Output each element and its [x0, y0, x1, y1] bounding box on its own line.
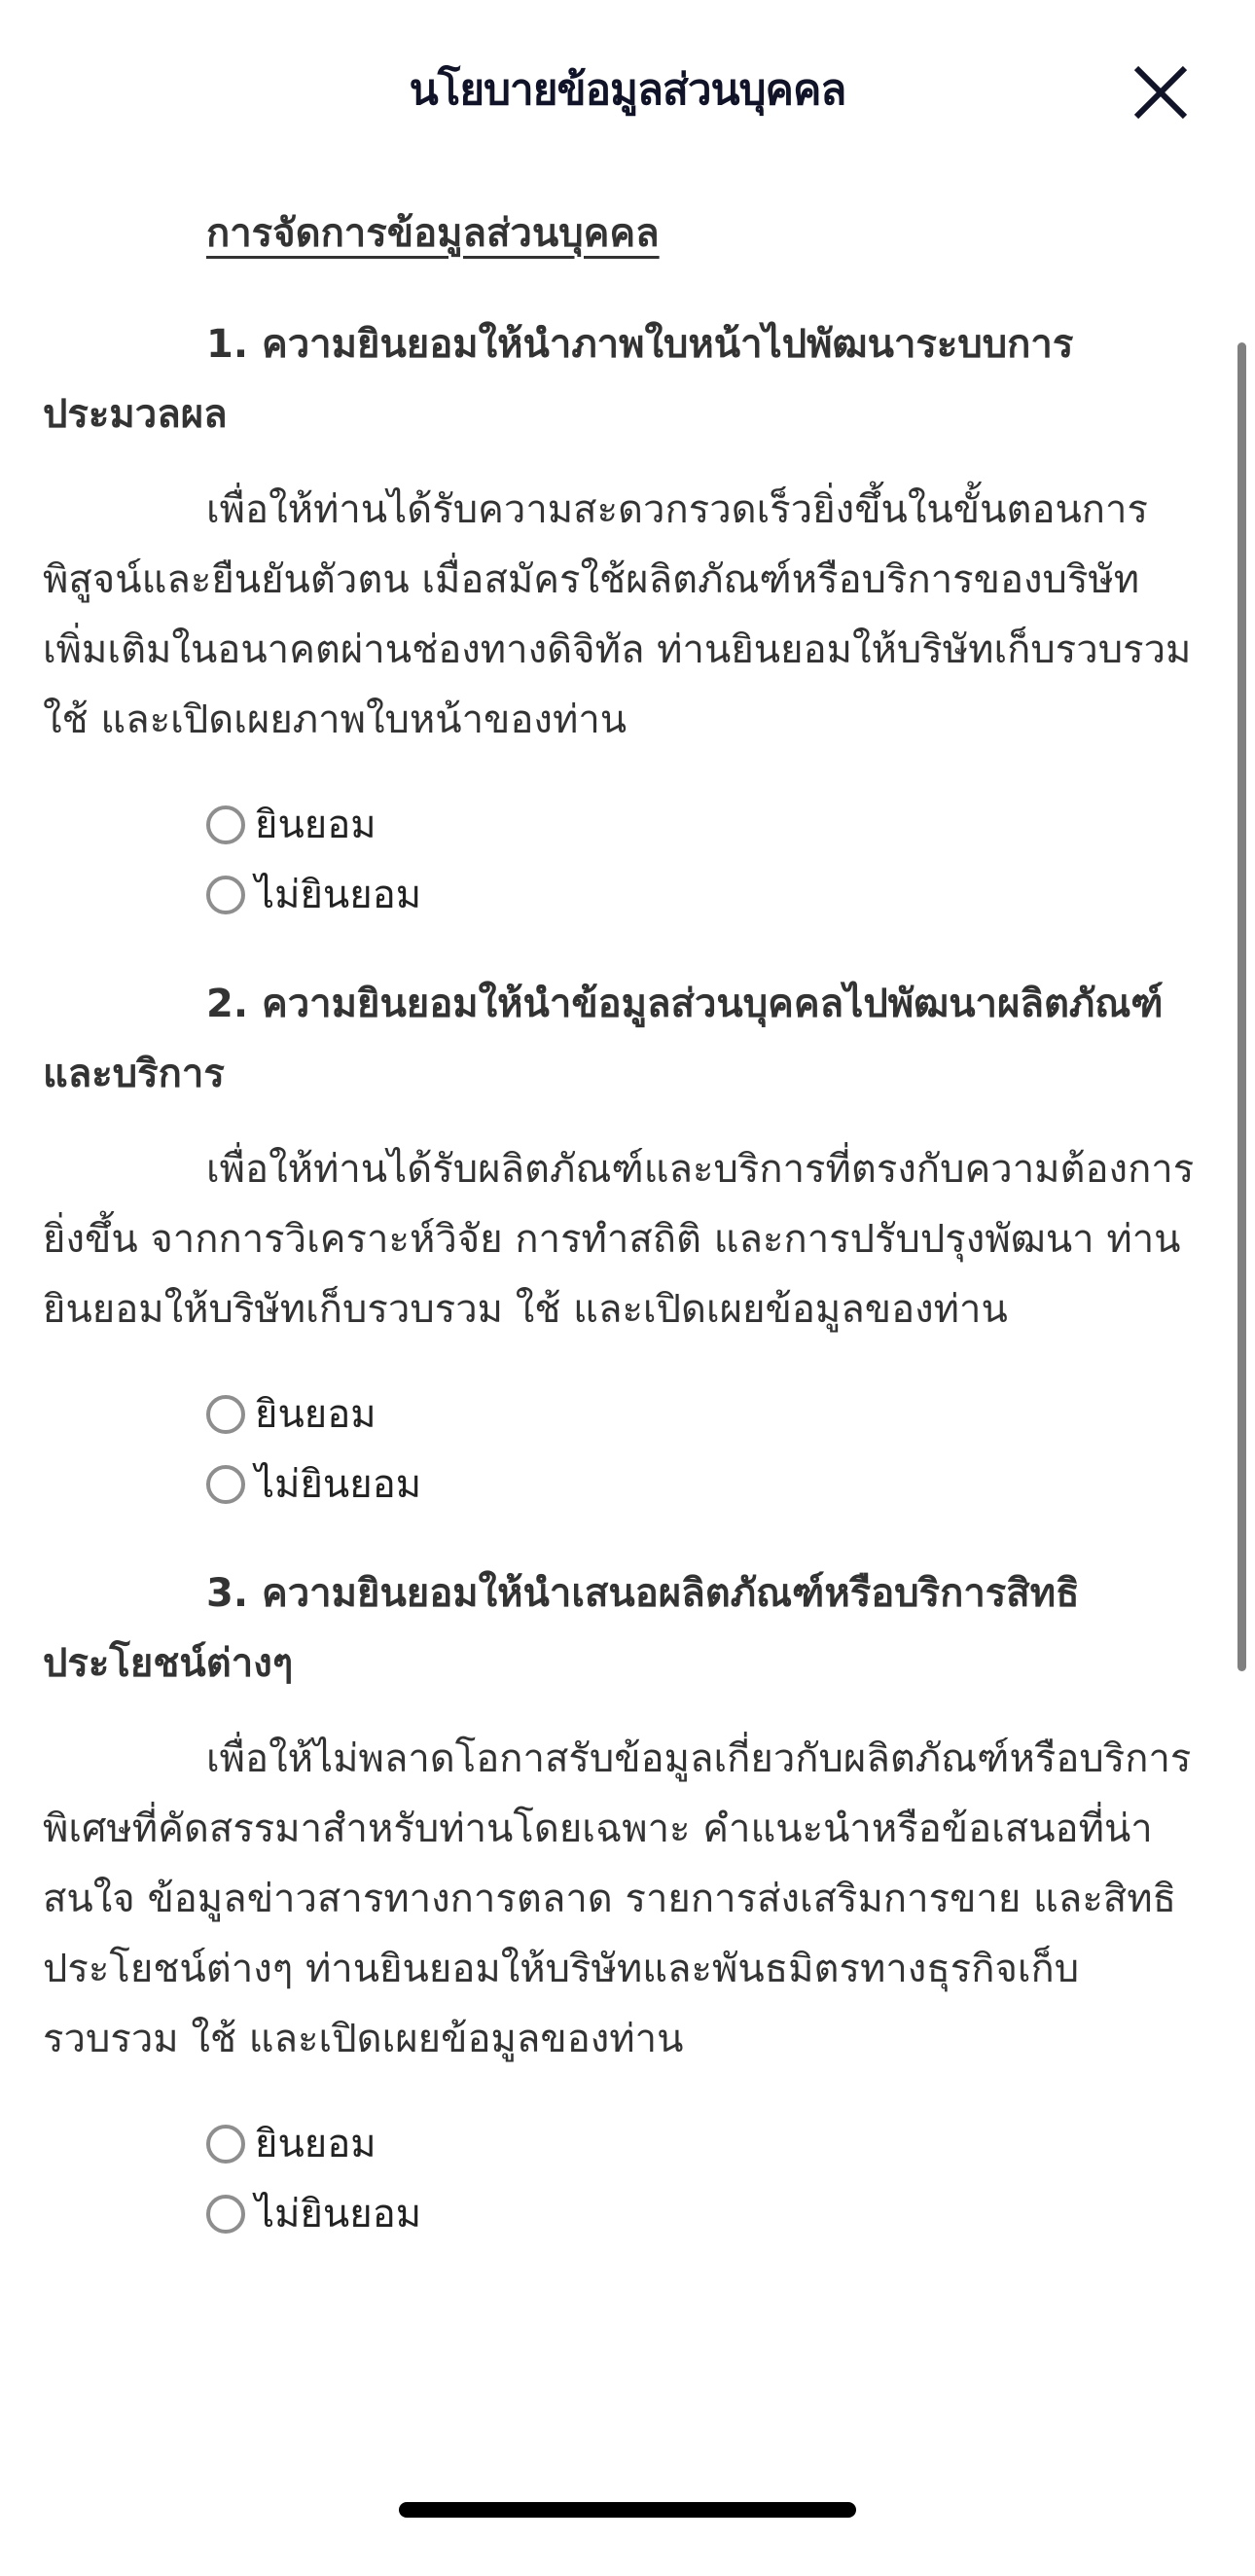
consent-description: เพื่อให้ท่านได้รับผลิตภัณฑ์และบริการที่ต…: [43, 1134, 1201, 1344]
consent-title: 3. ความยินยอมให้นำเสนอผลิตภัณฑ์หรือบริกา…: [43, 1558, 1201, 1699]
radio-label: ไม่ยินยอม: [255, 1449, 421, 1520]
radio-option-not-consent[interactable]: ไม่ยินยอม: [206, 860, 1201, 930]
consent-title: 2. ความยินยอมให้นำข้อมูลส่วนบุคคลไปพัฒนา…: [43, 969, 1201, 1109]
radio-button-icon[interactable]: [206, 1395, 245, 1434]
close-icon: [1129, 60, 1193, 125]
consent-radio-group: ยินยอม ไม่ยินยอม: [43, 1379, 1201, 1520]
radio-label: ไม่ยินยอม: [255, 860, 421, 930]
radio-label: ยินยอม: [255, 1379, 376, 1449]
home-indicator[interactable]: [399, 2502, 856, 2518]
consent-description: เพื่อให้ท่านได้รับความสะดวกรวดเร็วยิ่งขึ…: [43, 475, 1201, 755]
radio-button-icon[interactable]: [206, 2195, 245, 2234]
page-title: นโยบายข้อมูลส่วนบุคคล: [0, 56, 1255, 125]
consent-description: เพื่อให้ไม่พลาดโอกาสรับข้อมูลเกี่ยวกับผล…: [43, 1724, 1201, 2074]
radio-button-icon[interactable]: [206, 876, 245, 914]
close-button[interactable]: [1129, 60, 1193, 125]
policy-content: การจัดการข้อมูลส่วนบุคคล 1. ความยินยอมให…: [43, 195, 1201, 2288]
consent-item-1: 1. ความยินยอมให้นำภาพใบหน้าไปพัฒนาระบบกา…: [43, 309, 1201, 930]
radio-option-consent[interactable]: ยินยอม: [206, 790, 1201, 860]
vertical-scrollbar[interactable]: [1237, 342, 1246, 1671]
consent-item-2: 2. ความยินยอมให้นำข้อมูลส่วนบุคคลไปพัฒนา…: [43, 969, 1201, 1520]
radio-button-icon[interactable]: [206, 1465, 245, 1504]
radio-label: ไม่ยินยอม: [255, 2179, 421, 2249]
radio-button-icon[interactable]: [206, 805, 245, 844]
radio-label: ยินยอม: [255, 2109, 376, 2179]
radio-button-icon[interactable]: [206, 2125, 245, 2164]
section-heading: การจัดการข้อมูลส่วนบุคคล: [43, 195, 1201, 272]
consent-item-3: 3. ความยินยอมให้นำเสนอผลิตภัณฑ์หรือบริกา…: [43, 1558, 1201, 2249]
radio-label: ยินยอม: [255, 790, 376, 860]
consent-radio-group: ยินยอม ไม่ยินยอม: [43, 790, 1201, 930]
modal-header: นโยบายข้อมูลส่วนบุคคล: [0, 0, 1255, 185]
radio-option-not-consent[interactable]: ไม่ยินยอม: [206, 1449, 1201, 1520]
consent-title: 1. ความยินยอมให้นำภาพใบหน้าไปพัฒนาระบบกา…: [43, 309, 1201, 449]
radio-option-not-consent[interactable]: ไม่ยินยอม: [206, 2179, 1201, 2249]
consent-radio-group: ยินยอม ไม่ยินยอม: [43, 2109, 1201, 2249]
radio-option-consent[interactable]: ยินยอม: [206, 1379, 1201, 1449]
radio-option-consent[interactable]: ยินยอม: [206, 2109, 1201, 2179]
